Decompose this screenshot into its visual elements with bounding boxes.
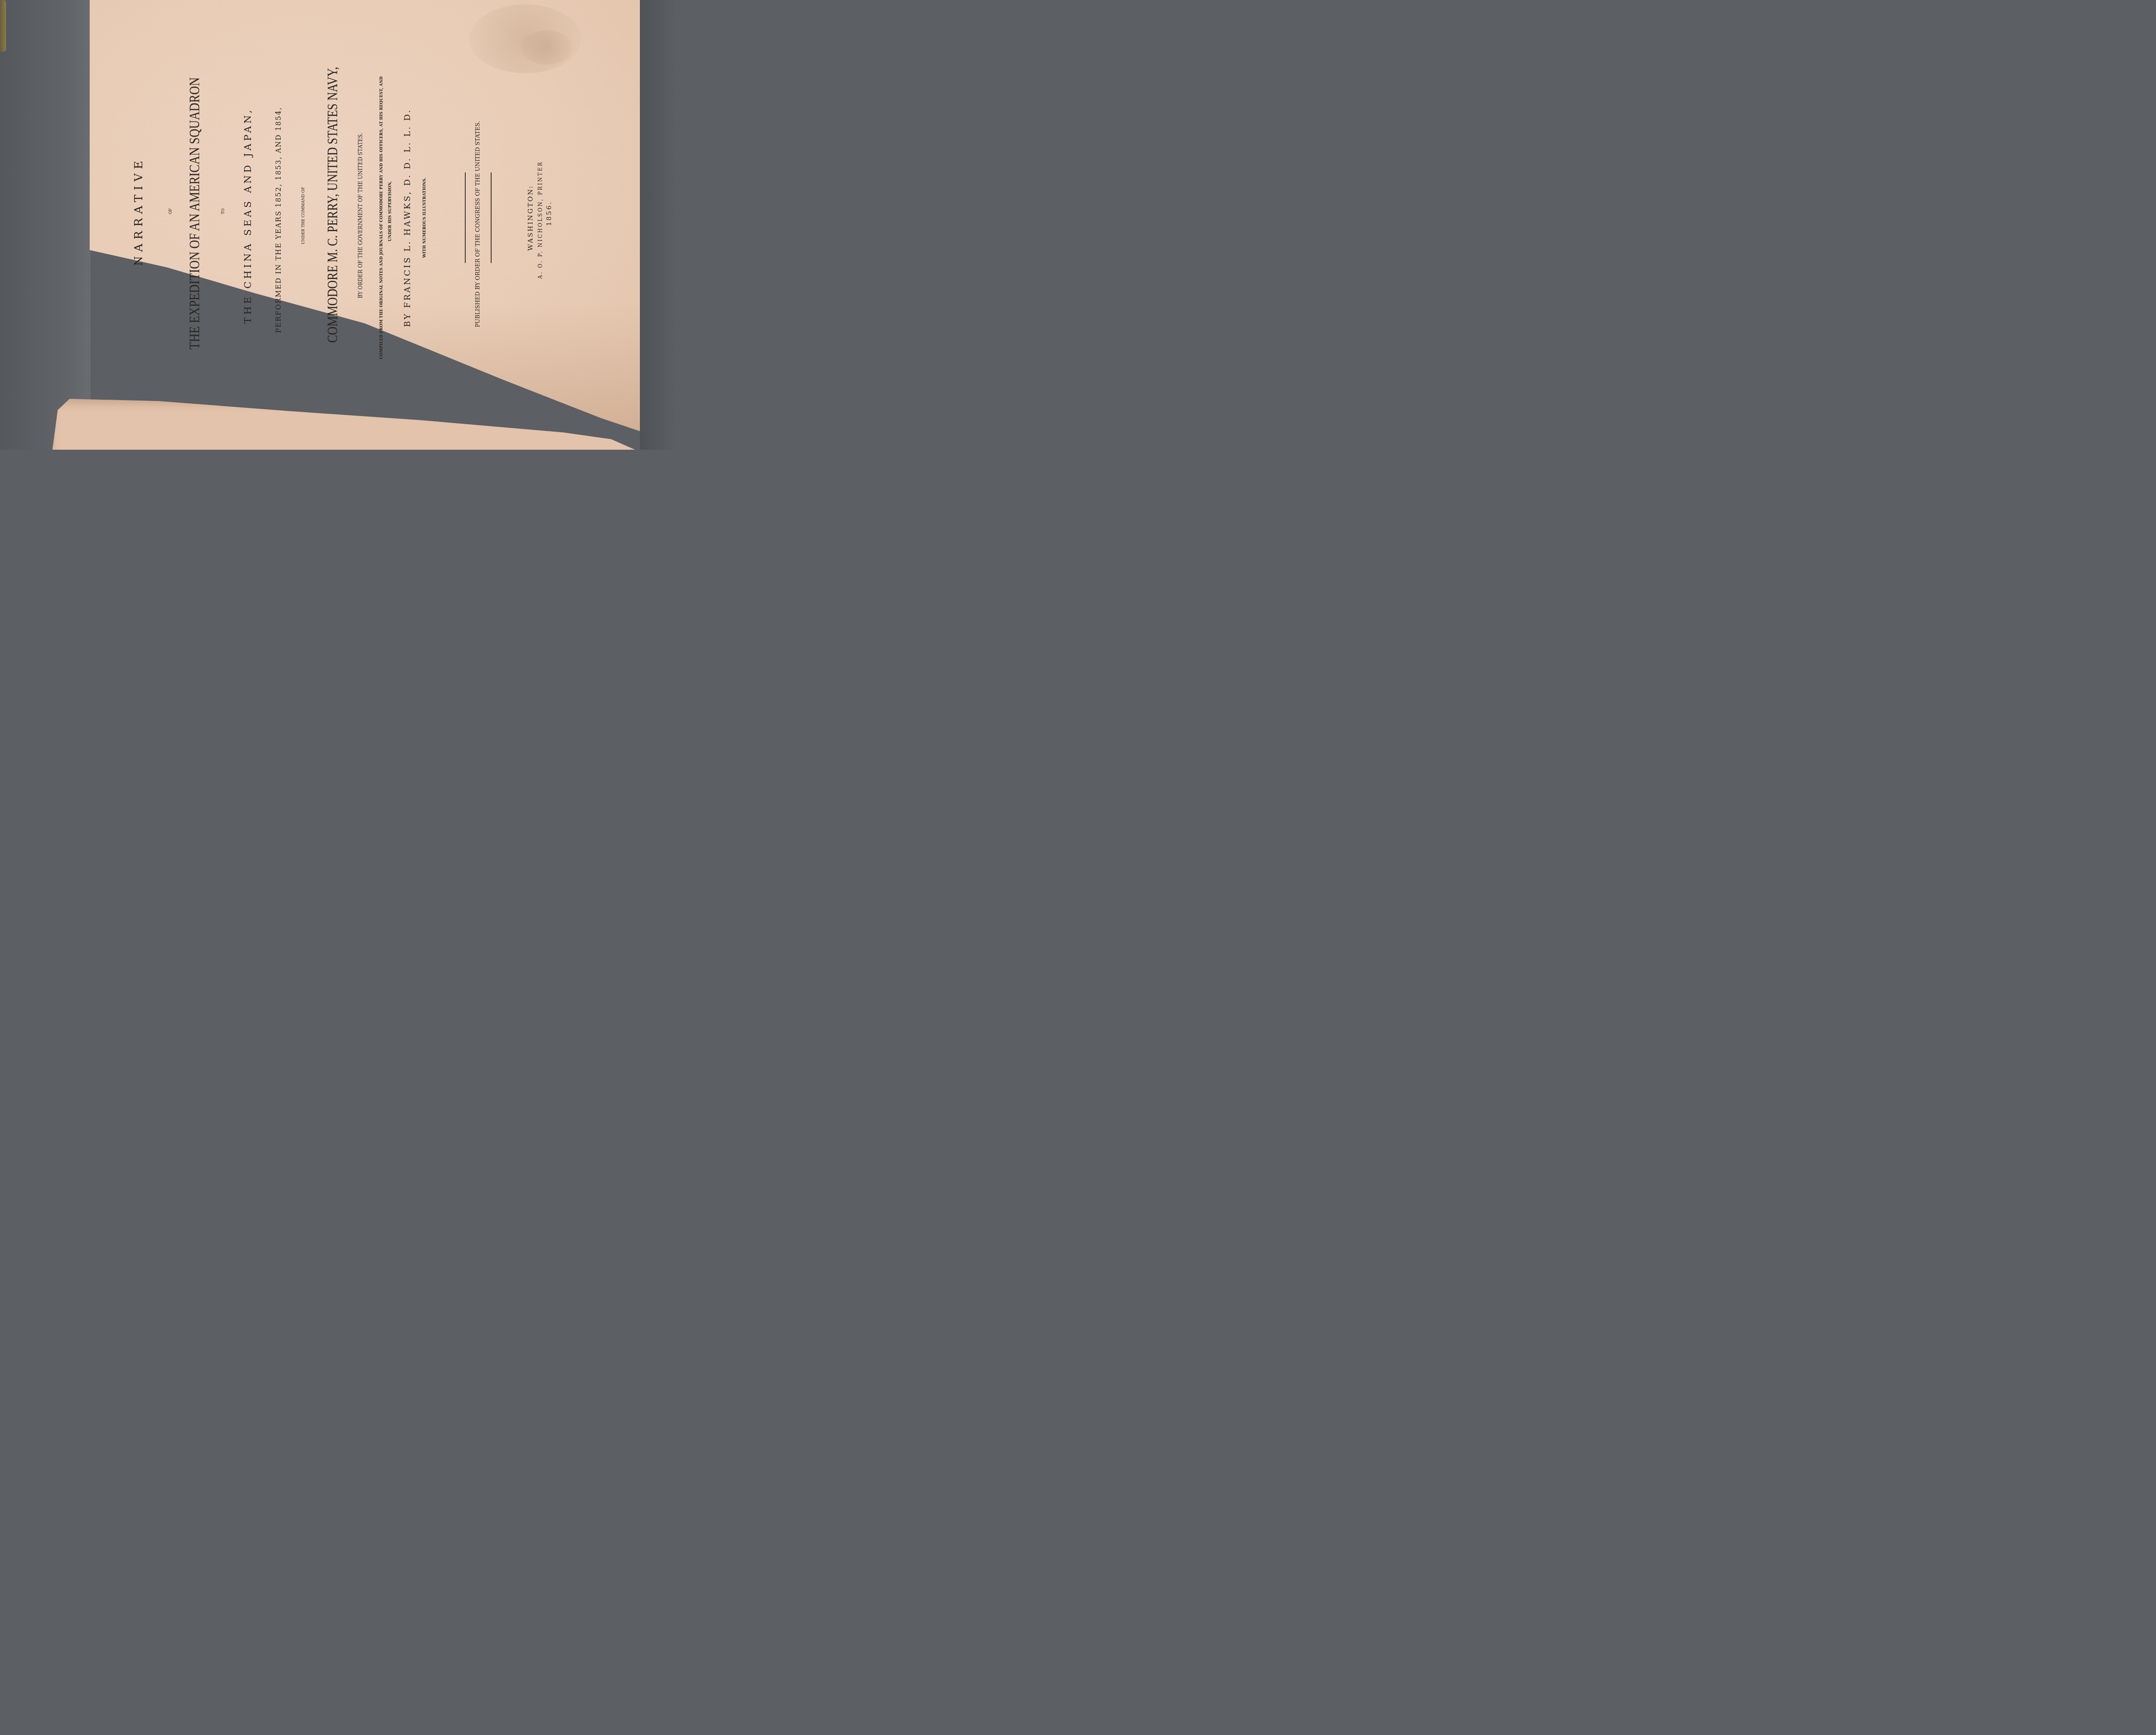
title-page [90, 0, 640, 431]
title-compiled-from: COMPILED FROM THE ORIGINAL NOTES AND JOU… [379, 76, 384, 359]
background-left [0, 0, 91, 450]
title-author: BY FRANCIS L. HAWKS, D. D. L. L. D. [403, 109, 412, 327]
title-main: THE EXPEDITION OF AN AMERICAN SQUADRON [187, 77, 203, 349]
title-illustrations: WITH NUMEROUS ILLUSTRATIONS. [423, 178, 427, 258]
book-corner-edge [0, 0, 6, 52]
title-commodore: COMMODORE M. C. PERRY, UNITED STATES NAV… [325, 67, 341, 343]
foxing-stain [521, 30, 573, 65]
imprint-printer: A. O. P. NICHOLSON, PRINTER [537, 161, 543, 279]
background-right [640, 0, 676, 450]
title-under-command: UNDER THE COMMAND OF [301, 187, 306, 244]
title-years: PERFORMED IN THE YEARS 1852, 1853, AND 1… [274, 107, 282, 333]
title-china-seas: THE CHINA SEAS AND JAPAN, [243, 108, 254, 324]
title-under-supervision: UNDER HIS SUPERVISION, [388, 181, 392, 241]
divider-rule [491, 172, 492, 263]
title-published-by: PUBLISHED BY ORDER OF THE CONGRESS OF TH… [475, 121, 481, 327]
foxing-stain [469, 4, 581, 73]
title-narrative: NARRATIVE [132, 157, 145, 266]
facing-page-edge [52, 399, 647, 450]
title-to: TO [221, 208, 226, 214]
title-of: OF [169, 208, 173, 214]
imprint-city: WASHINGTON: [526, 185, 534, 251]
imprint-year: 1856. [545, 201, 553, 226]
divider-rule [465, 172, 466, 263]
title-by-order: BY ORDER OF THE GOVERNMENT OF THE UNITED… [357, 133, 364, 298]
